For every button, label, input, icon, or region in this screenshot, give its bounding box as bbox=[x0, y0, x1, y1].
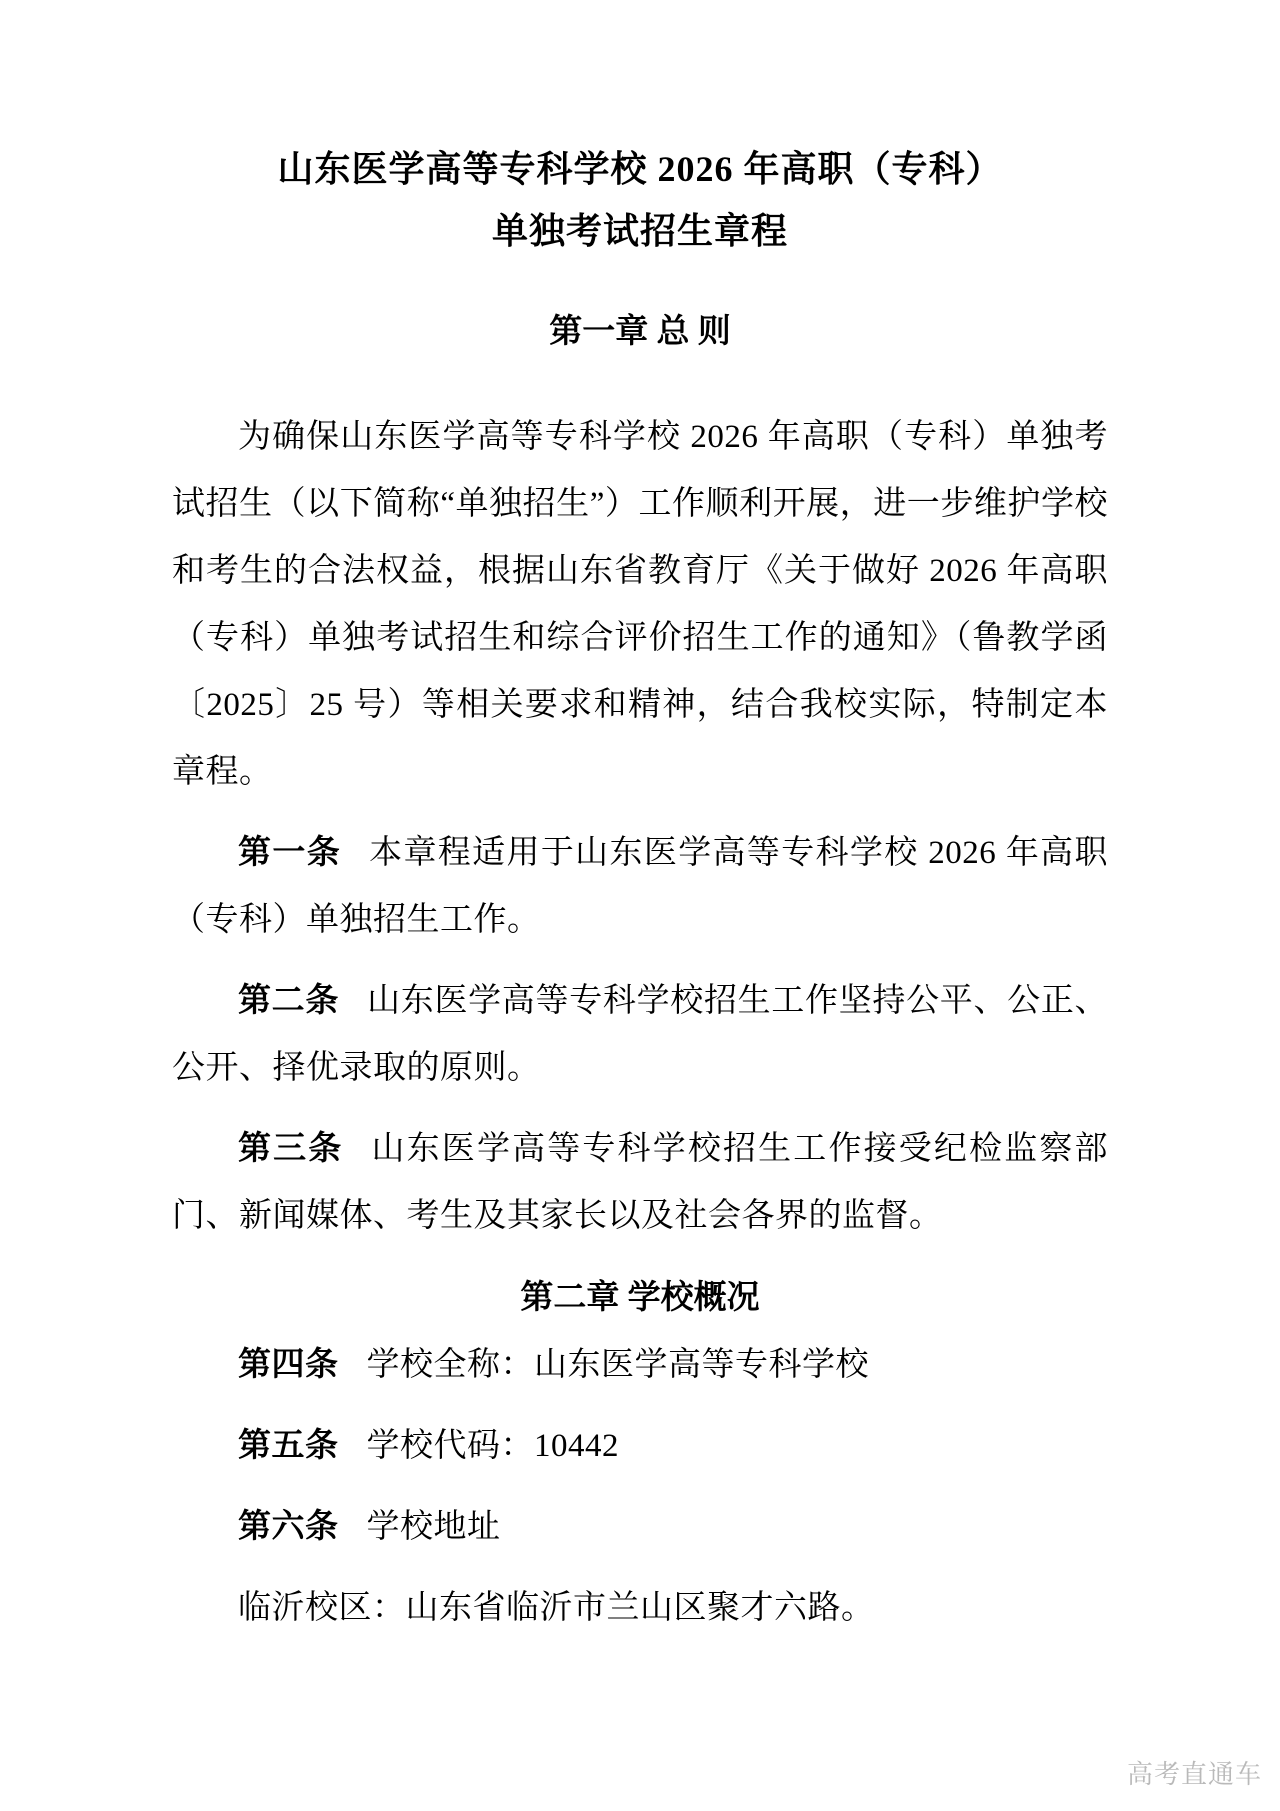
paragraph: 第四条学校全称：山东医学高等专科学校 bbox=[172, 1332, 1108, 1399]
article-label: 第四条 bbox=[238, 1347, 339, 1383]
article-label: 第一条 bbox=[238, 835, 341, 871]
paragraph: 临沂校区：山东省临沂市兰山区聚才六路。 bbox=[172, 1575, 1108, 1642]
chapter-1-heading: 第一章 总 则 bbox=[172, 312, 1108, 352]
paragraph-text: 学校地址 bbox=[367, 1509, 501, 1545]
paragraph-text: 学校代码：10442 bbox=[367, 1428, 620, 1464]
document-title-line-1: 山东医学高等专科学校 2026 年高职（专科） bbox=[172, 138, 1108, 200]
article-label: 第二条 bbox=[238, 983, 339, 1019]
paragraph-text: 临沂校区：山东省临沂市兰山区聚才六路。 bbox=[238, 1590, 875, 1626]
chapter-2-heading: 第二章 学校概况 bbox=[172, 1278, 1108, 1318]
document-title: 山东医学高等专科学校 2026 年高职（专科） 单独考试招生章程 bbox=[172, 138, 1108, 262]
paragraph: 第六条学校地址 bbox=[172, 1494, 1108, 1561]
paragraph: 第三条山东医学高等专科学校招生工作接受纪检监察部门、新闻媒体、考生及其家长以及社… bbox=[172, 1116, 1108, 1250]
article-label: 第五条 bbox=[238, 1428, 339, 1464]
article-label: 第六条 bbox=[238, 1509, 339, 1545]
document-content: 山东医学高等专科学校 2026 年高职（专科） 单独考试招生章程 第一章 总 则… bbox=[0, 0, 1280, 1642]
paragraph: 第二条山东医学高等专科学校招生工作坚持公平、公正、公开、择优录取的原则。 bbox=[172, 968, 1108, 1102]
paragraph: 第一条本章程适用于山东医学高等专科学校 2026 年高职（专科）单独招生工作。 bbox=[172, 820, 1108, 954]
document-title-line-2: 单独考试招生章程 bbox=[172, 200, 1108, 262]
paragraph-text: 为确保山东医学高等专科学校 2026 年高职（专科）单独考试招生（以下简称“单独… bbox=[172, 419, 1108, 790]
paragraph: 为确保山东医学高等专科学校 2026 年高职（专科）单独考试招生（以下简称“单独… bbox=[172, 404, 1108, 806]
paragraph: 第五条学校代码：10442 bbox=[172, 1413, 1108, 1480]
paragraph-text: 学校全称：山东医学高等专科学校 bbox=[367, 1347, 870, 1383]
document-page: 山东医学高等专科学校 2026 年高职（专科） 单独考试招生章程 第一章 总 则… bbox=[0, 0, 1280, 1811]
watermark: 高考直通车 bbox=[1127, 1754, 1262, 1791]
article-label: 第三条 bbox=[238, 1131, 343, 1167]
